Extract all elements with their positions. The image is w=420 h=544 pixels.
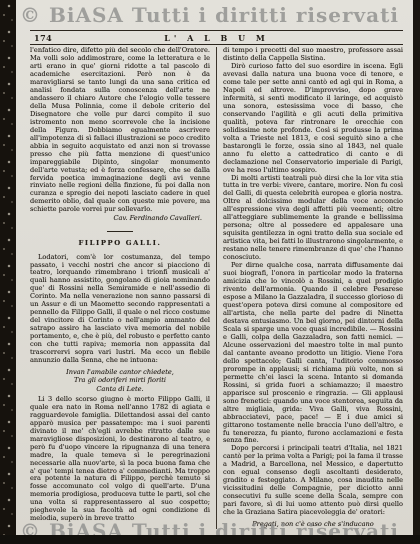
paragraph: di tempo i precetti del suo maestro, pro… — [223, 47, 403, 63]
journal-page: © BiASA Tutti i diritti riservati 174 L'… — [16, 0, 413, 535]
verse-line: Canta di Lete. — [30, 385, 210, 393]
scan-left-edge-ornament — [0, 0, 16, 544]
verse-line: Tra gli odoriferi mirti fioriti — [30, 376, 210, 384]
paragraph: Per dirne qualche cosa, narrata diffusam… — [223, 262, 403, 445]
scan-right-edge — [413, 0, 420, 544]
text-columns: l'enfatico dire, difetto più del secolo … — [30, 47, 403, 529]
text-column-left: l'enfatico dire, difetto più del secolo … — [30, 47, 216, 529]
section-heading: FILIPPO GALLI. — [30, 239, 210, 247]
verse-block: Invan l'amabile cantor chiedete, Tra gli… — [30, 368, 210, 393]
scan-bottom-edge — [0, 535, 420, 544]
header-row: 174 L' A L B U M — [30, 31, 403, 44]
paragraph: Dirò curioso fatto del suo esordire in i… — [223, 63, 403, 175]
paragraph: Di molti artisti teatrali può dirsi che … — [223, 175, 403, 263]
scanned-page: © BiASA Tutti i diritti riservati 174 L'… — [0, 0, 420, 544]
watermark-bottom: © BiASA Tutti i diritti riservati — [20, 519, 413, 535]
paragraph: Li 3 dello scorso giugno è morto Filippo… — [30, 396, 210, 524]
watermark-top: © BiASA Tutti i diritti riservati — [20, 3, 413, 27]
paragraph: l'enfatico dire, difetto più del secolo … — [30, 47, 210, 214]
author-signature: Cav. Ferdinando Cavalleri. — [30, 215, 210, 223]
journal-title: L' A L B U M — [30, 33, 403, 43]
page-header: 174 L' A L B U M — [30, 30, 403, 45]
text-column-right: di tempo i precetti del suo maestro, pro… — [217, 47, 403, 529]
paragraph: Dopo percorsi i principali teatri d'Ital… — [223, 445, 403, 517]
page-number: 174 — [34, 33, 52, 43]
header-rule-bottom — [30, 44, 403, 45]
paragraph: Lodatori, com'è lor costumanza, del temp… — [30, 254, 210, 366]
section-divider-rule — [107, 231, 133, 232]
